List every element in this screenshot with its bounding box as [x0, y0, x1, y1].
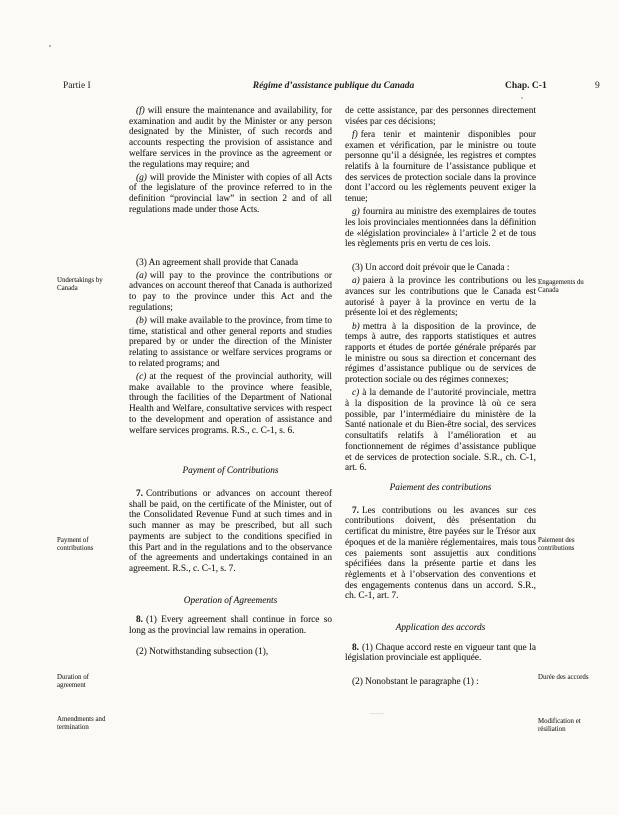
clause-letter: (c) [136, 372, 146, 382]
clause-text: paiera à la province les contributions o… [345, 276, 536, 318]
french-column: de cette assistance, par des personnes d… [345, 106, 536, 690]
section-heading-payment-of-contributions: Payment of Contributions [129, 466, 332, 477]
section-7-en: 7.Contributions or advances on account t… [129, 489, 332, 575]
page-header: Partie I Régime d’assistance publique du… [0, 81, 619, 94]
header-chapter: Chap. C-1 [505, 81, 547, 91]
subsection-2-fr: (2) Nonobstant le paragraphe (1) : [345, 677, 536, 688]
margin-note-modification-et-resiliation: Modification et résiliation [538, 718, 602, 735]
clause-a-fr: a)paiera à la province les contributions… [345, 276, 536, 319]
section-text: Les contributions ou les avances sur ces… [345, 506, 536, 602]
section-text: (1) Every agreement shall continue in fo… [129, 615, 332, 636]
clause-g-fr: g)fournira au ministre des exemplaires d… [345, 207, 536, 250]
clause-text: will provide the Minister with copies of… [129, 173, 332, 215]
clause-g-en: (g)will provide the Minister with copies… [129, 173, 332, 216]
section-heading-application-des-accords: Application des accords [345, 623, 536, 634]
clause-text: at the request of the provincial authori… [129, 372, 332, 436]
margin-note-duree-des-accords: Durée des accords [538, 674, 602, 682]
clause-text: mettra à la disposition de la province, … [345, 322, 536, 386]
section-number: 8. [136, 615, 143, 625]
section-text: Contributions or advances on account the… [129, 489, 332, 574]
clause-letter: (f) [136, 106, 145, 116]
clause-text: fournira au ministre des exemplaires de … [345, 207, 536, 249]
clause-letter: f) [352, 130, 358, 140]
section-number: 7. [352, 506, 359, 516]
document-page: Partie I Régime d’assistance publique du… [0, 0, 619, 815]
clause-letter: a) [352, 276, 360, 286]
section-number: 8. [352, 643, 359, 653]
clause-text: will make available to the province, fro… [129, 316, 332, 369]
clause-f-fr: f)fera tenir et maintenir disponibles po… [345, 130, 536, 205]
clause-c-fr: c)à la demande de l’autorité provinciale… [345, 388, 536, 474]
clause-a-en: (a)will pay to the province the contribu… [129, 271, 332, 314]
section-8-1-en: 8.(1) Every agreement shall continue in … [129, 615, 332, 636]
header-part-label: Partie I [63, 81, 91, 91]
margin-note-engagements-du-canada: Engagements du Canada [538, 279, 602, 296]
clause-c-en: (c)at the request of the provincial auth… [129, 372, 332, 436]
clause-letter: g) [352, 207, 360, 217]
clause-letter: c) [352, 388, 359, 398]
margin-note-amendments-and-termination: Amendments and termination [57, 716, 111, 733]
clause-text: fera tenir et maintenir disponibles pour… [345, 130, 536, 204]
section-heading-operation-of-agreements: Operation of Agreements [129, 596, 332, 607]
english-column: (f)will ensure the maintenance and avail… [129, 106, 332, 660]
scan-speck [370, 713, 384, 714]
subsection-3-en: (3) An agreement shall provide that Cana… [129, 258, 332, 269]
clause-letter: (b) [136, 316, 147, 326]
header-page-number: 9 [595, 81, 600, 91]
scan-speck [521, 97, 523, 99]
subsection-2-en: (2) Notwithstanding subsection (1), [129, 647, 332, 658]
clause-text: will pay to the province the contributio… [129, 271, 332, 313]
subsection-3-fr: (3) Un accord doit prévoir que le Canada… [345, 263, 536, 274]
clause-b-fr: b)mettra à la disposition de la province… [345, 322, 536, 386]
clause-letter: b) [352, 322, 360, 332]
section-heading-paiement-des-contributions: Paiement des contributions [345, 483, 536, 494]
margin-note-paiement-des-contributions: Paiement des contributions [538, 537, 602, 554]
margin-note-duration-of-agreement: Duration of agreement [57, 674, 111, 691]
margin-note-undertakings-by-canada: Undertakings by Canada [57, 277, 111, 294]
section-7-fr: 7.Les contributions ou les avances sur c… [345, 506, 536, 602]
scan-speck [49, 45, 51, 47]
clause-letter: (a) [136, 271, 147, 281]
clause-letter: (g) [136, 173, 147, 183]
section-number: 7. [136, 489, 143, 499]
section-text: (1) Chaque accord reste en vigueur tant … [345, 643, 536, 664]
continuation-fr: de cette assistance, par des personnes d… [345, 106, 536, 127]
clause-text: will ensure the maintenance and availabi… [129, 106, 332, 170]
margin-note-payment-of-contributions: Payment of contributions [57, 537, 111, 554]
header-title: Régime d’assistance publique du Canada [253, 81, 415, 91]
clause-b-en: (b)will make available to the province, … [129, 316, 332, 370]
clause-f-en: (f)will ensure the maintenance and avail… [129, 106, 332, 170]
clause-text: à la demande de l’autorité provinciale, … [345, 388, 536, 473]
section-8-1-fr: 8.(1) Chaque accord reste en vigueur tan… [345, 643, 536, 664]
